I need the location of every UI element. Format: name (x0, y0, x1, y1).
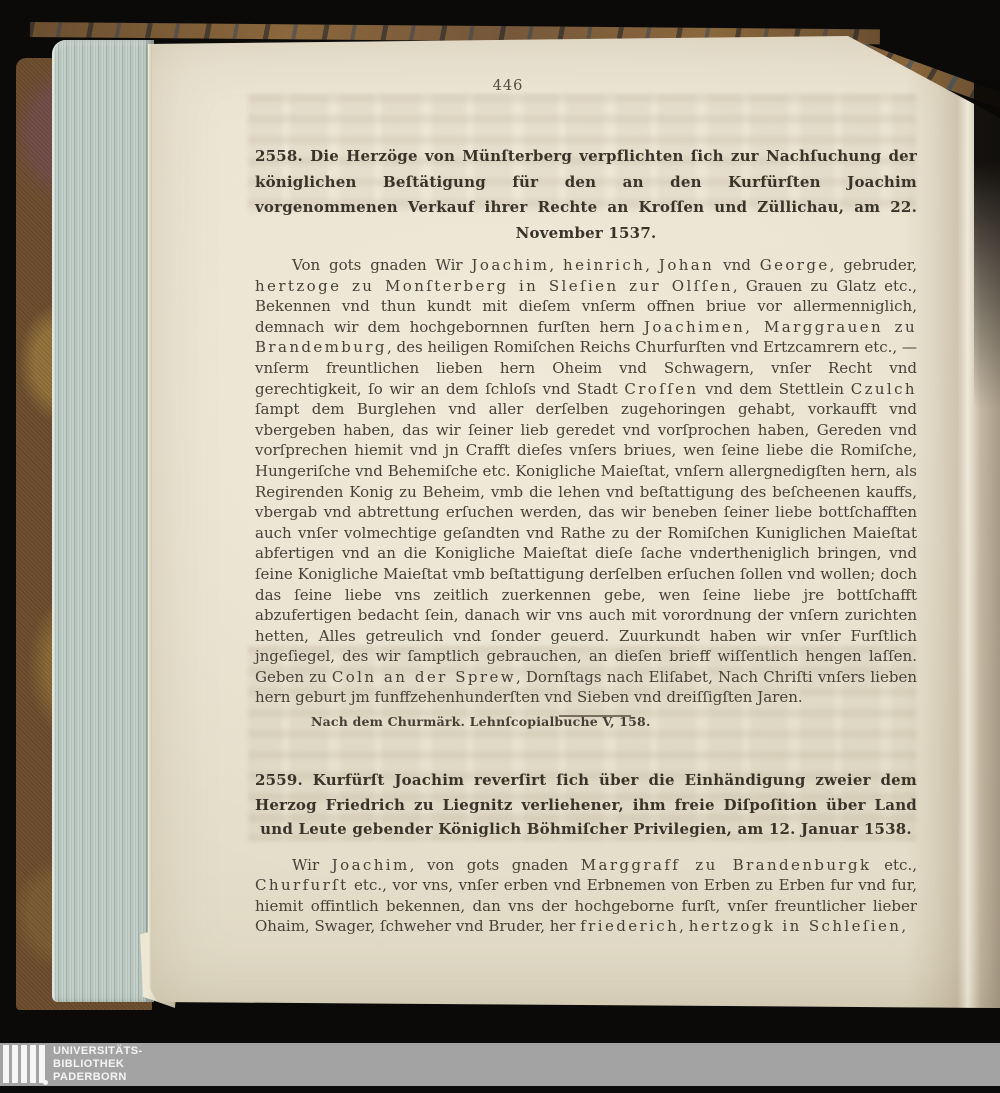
spine-shadow (974, 80, 1000, 410)
entry-2559-heading: 2559. Kurfürſt Joachim reverſirt ſich üb… (255, 768, 917, 842)
library-name-line1: UNIVERSITÄTS- (53, 1045, 143, 1058)
entry-2558-heading: 2558. Die Herzöge von Münſterberg verpfl… (255, 144, 917, 246)
book-page: 446 2558. Die Herzöge von Münſterberg ve… (148, 36, 1000, 1008)
library-name-line2: BIBLIOTHEK (53, 1058, 143, 1071)
page-number: 446 (177, 78, 839, 94)
page-fore-edge (52, 40, 154, 1002)
entry-2558: 2558. Die Herzöge von Münſterberg verpfl… (255, 144, 917, 729)
entry-2559-body: Wir Joachim, von gots gnaden Marggraff z… (255, 855, 917, 937)
entry-2559: 2559. Kurfürſt Joachim reverſirt ſich üb… (255, 768, 917, 937)
section-divider (559, 715, 631, 717)
library-logo-text: UNIVERSITÄTS- BIBLIOTHEK PADERBORN (53, 1045, 143, 1083)
page-left-edge (148, 36, 152, 1008)
library-watermark-bar: UNIVERSITÄTS- BIBLIOTHEK PADERBORN (0, 1043, 1000, 1086)
footer-black-strip (0, 1086, 1000, 1093)
entry-2558-body: Von gots gnaden Wir Joachim, heinrich, J… (255, 255, 917, 708)
library-name-line3: PADERBORN (53, 1071, 143, 1084)
book-scan: 446 2558. Die Herzöge von Münſterberg ve… (0, 0, 1000, 1093)
library-logo-icon (3, 1045, 45, 1083)
